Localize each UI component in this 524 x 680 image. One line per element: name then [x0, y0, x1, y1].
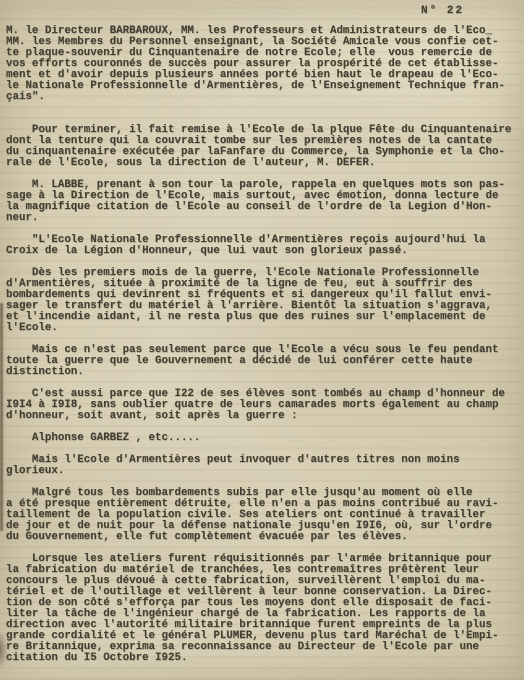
paragraph: Mais l'Ecole d'Armentières peut invoquer…: [6, 455, 522, 477]
paragraph: Mais ce n'est pas seulement parce que l'…: [6, 345, 522, 378]
paragraph: "L'Ecole Nationale Professionnelle d'Arm…: [6, 235, 522, 257]
paragraph: C'est aussi parce que I22 de ses élèves …: [6, 389, 522, 422]
paragraph: Malgré tous les bombardements subis par …: [6, 488, 522, 543]
paragraph: M. LABBE, prenant à son tour la parole, …: [6, 180, 522, 224]
paragraph: Alphonse GARBEZ , etc.....: [6, 433, 522, 444]
paragraph: Lorsque les ateliers furent réquisitionn…: [6, 554, 522, 664]
document-page: N° 22 M. le Directeur BARBAROUX, MM. les…: [0, 0, 524, 680]
paragraph: Pour terminer, il fait remise à l'Ecole …: [6, 125, 522, 169]
scan-edge-artifact: [0, 303, 3, 531]
paragraph: Dès les premiers mois de la guerre, l'Ec…: [6, 268, 522, 334]
paragraph: M. le Directeur BARBAROUX, MM. les Profe…: [6, 26, 522, 103]
page-number: N° 22: [421, 5, 464, 17]
document-body: M. le Directeur BARBAROUX, MM. les Profe…: [6, 26, 522, 675]
